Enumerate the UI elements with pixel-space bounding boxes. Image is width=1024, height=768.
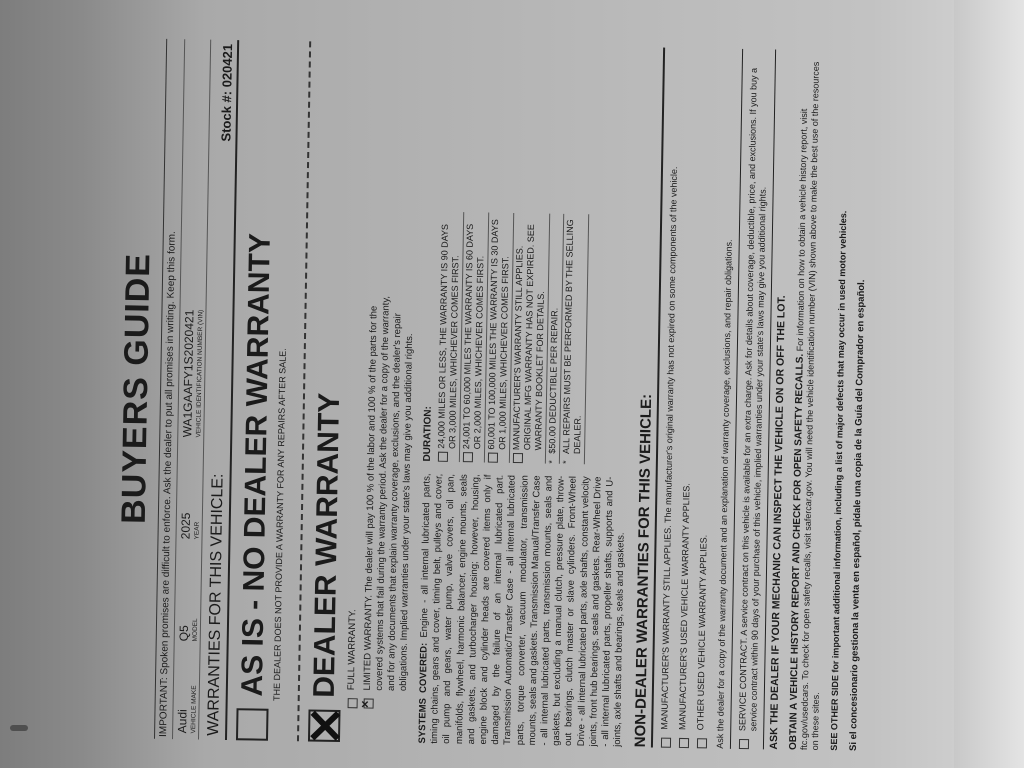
systems-covered-label: SYSTEMS COVERED: <box>417 643 430 744</box>
duration-option-text: 24,000 MILES OR LESS, THE WARRANTY IS 90… <box>436 212 462 449</box>
smudge-mark <box>10 725 28 731</box>
repairs-note: ALL REPAIRS MUST BE PERFORMED BY THE SEL… <box>561 214 587 454</box>
duration-checkbox[interactable] <box>488 453 498 463</box>
limited-warranty-text: LIMITED WARRANTY. The dealer will pay 10… <box>362 290 417 691</box>
vehicle-year-label: YEAR <box>193 449 202 539</box>
dealer-warranty-checkbox-checked[interactable] <box>308 709 341 742</box>
duration-option: MANUFACTURER'S WARRANTY STILL APPLIES. O… <box>510 213 550 464</box>
spanish-notice: Si el concesionario gestiona la venta en… <box>848 51 871 751</box>
bullet-icon: * <box>547 454 558 464</box>
coverage-section: SYSTEMS COVERED: Engine - all internal l… <box>417 43 637 747</box>
non-dealer-option-text: MANUFACTURER'S USED VEHICLE WARRANTY APP… <box>678 483 694 730</box>
vehicle-year: 2025 YEAR <box>178 443 202 545</box>
service-contract-text: SERVICE CONTRACT. A service contract on … <box>738 49 772 731</box>
deductible-note: $50.00 DEDUCTIBLE PER REPAIR. <box>547 308 561 454</box>
duration-option-text: 60,001 TO 100,000 MILES THE WARRANTY IS … <box>486 213 512 450</box>
full-warranty-label: FULL WARRANTY. <box>346 609 359 690</box>
document-title: BUYERS GUIDE <box>110 38 162 739</box>
history-report-section: OBTAIN A VEHICLE HISTORY REPORT AND CHEC… <box>788 50 833 750</box>
stock-number: Stock #: 020421 <box>218 44 235 142</box>
vehicle-model-label: MODEL <box>192 551 201 641</box>
vehicle-model: Q5 MODEL <box>177 545 201 647</box>
limited-warranty-checkbox-checked[interactable] <box>364 698 374 708</box>
systems-covered: SYSTEMS COVERED: Engine - all internal l… <box>417 473 629 747</box>
vehicle-make-value: Audi <box>175 653 191 733</box>
vehicle-model-value: Q5 <box>177 551 194 641</box>
vehicle-make: Audi VEHICLE MAKE <box>175 647 199 739</box>
non-dealer-checkbox[interactable] <box>697 738 707 748</box>
duration-section: DURATION: 24,000 MILES OR LESS, THE WARR… <box>422 211 634 465</box>
duration-checkbox[interactable] <box>438 452 448 462</box>
as-is-title: AS IS - NO DEALER WARRANTY <box>236 233 278 697</box>
service-contract-checkbox[interactable] <box>739 739 749 749</box>
bullet-icon: * <box>561 454 583 464</box>
vehicle-make-label: VEHICLE MAKE <box>190 653 198 733</box>
important-label: IMPORTANT: <box>158 677 170 737</box>
duration-note: * ALL REPAIRS MUST BE PERFORMED BY THE S… <box>560 214 589 464</box>
other-side-section: SEE OTHER SIDE for important additional … <box>829 51 852 751</box>
as-is-checkbox[interactable] <box>236 708 269 741</box>
non-dealer-checkbox[interactable] <box>679 738 689 748</box>
non-dealer-checkbox[interactable] <box>661 738 671 748</box>
dealer-warranty-title: DEALER WARRANTY <box>308 392 347 698</box>
other-side-text: SEE OTHER SIDE for important additional … <box>829 211 848 751</box>
warranties-heading: WARRANTIES FOR THIS VEHICLE: <box>205 473 228 736</box>
vehicle-year-value: 2025 <box>178 449 195 539</box>
duration-checkbox[interactable] <box>463 452 473 462</box>
full-warranty-checkbox[interactable] <box>348 698 358 708</box>
duration-option-text: MANUFACTURER'S WARRANTY STILL APPLIES. O… <box>511 213 548 451</box>
buyers-guide-document: BUYERS GUIDE IMPORTANT: Spoken promises … <box>110 38 982 753</box>
systems-covered-text: Engine - all internal lubricated parts, … <box>419 473 627 747</box>
limited-warranty-option: LIMITED WARRANTY. The dealer will pay 10… <box>362 42 422 709</box>
non-dealer-option-text: OTHER USED VEHICLE WARRANTY APPLIES. <box>696 535 711 731</box>
duration-checkbox[interactable] <box>513 453 523 463</box>
duration-option-text: 24,001 TO 60,000 MILES THE WARRANTY IS 6… <box>461 212 487 449</box>
